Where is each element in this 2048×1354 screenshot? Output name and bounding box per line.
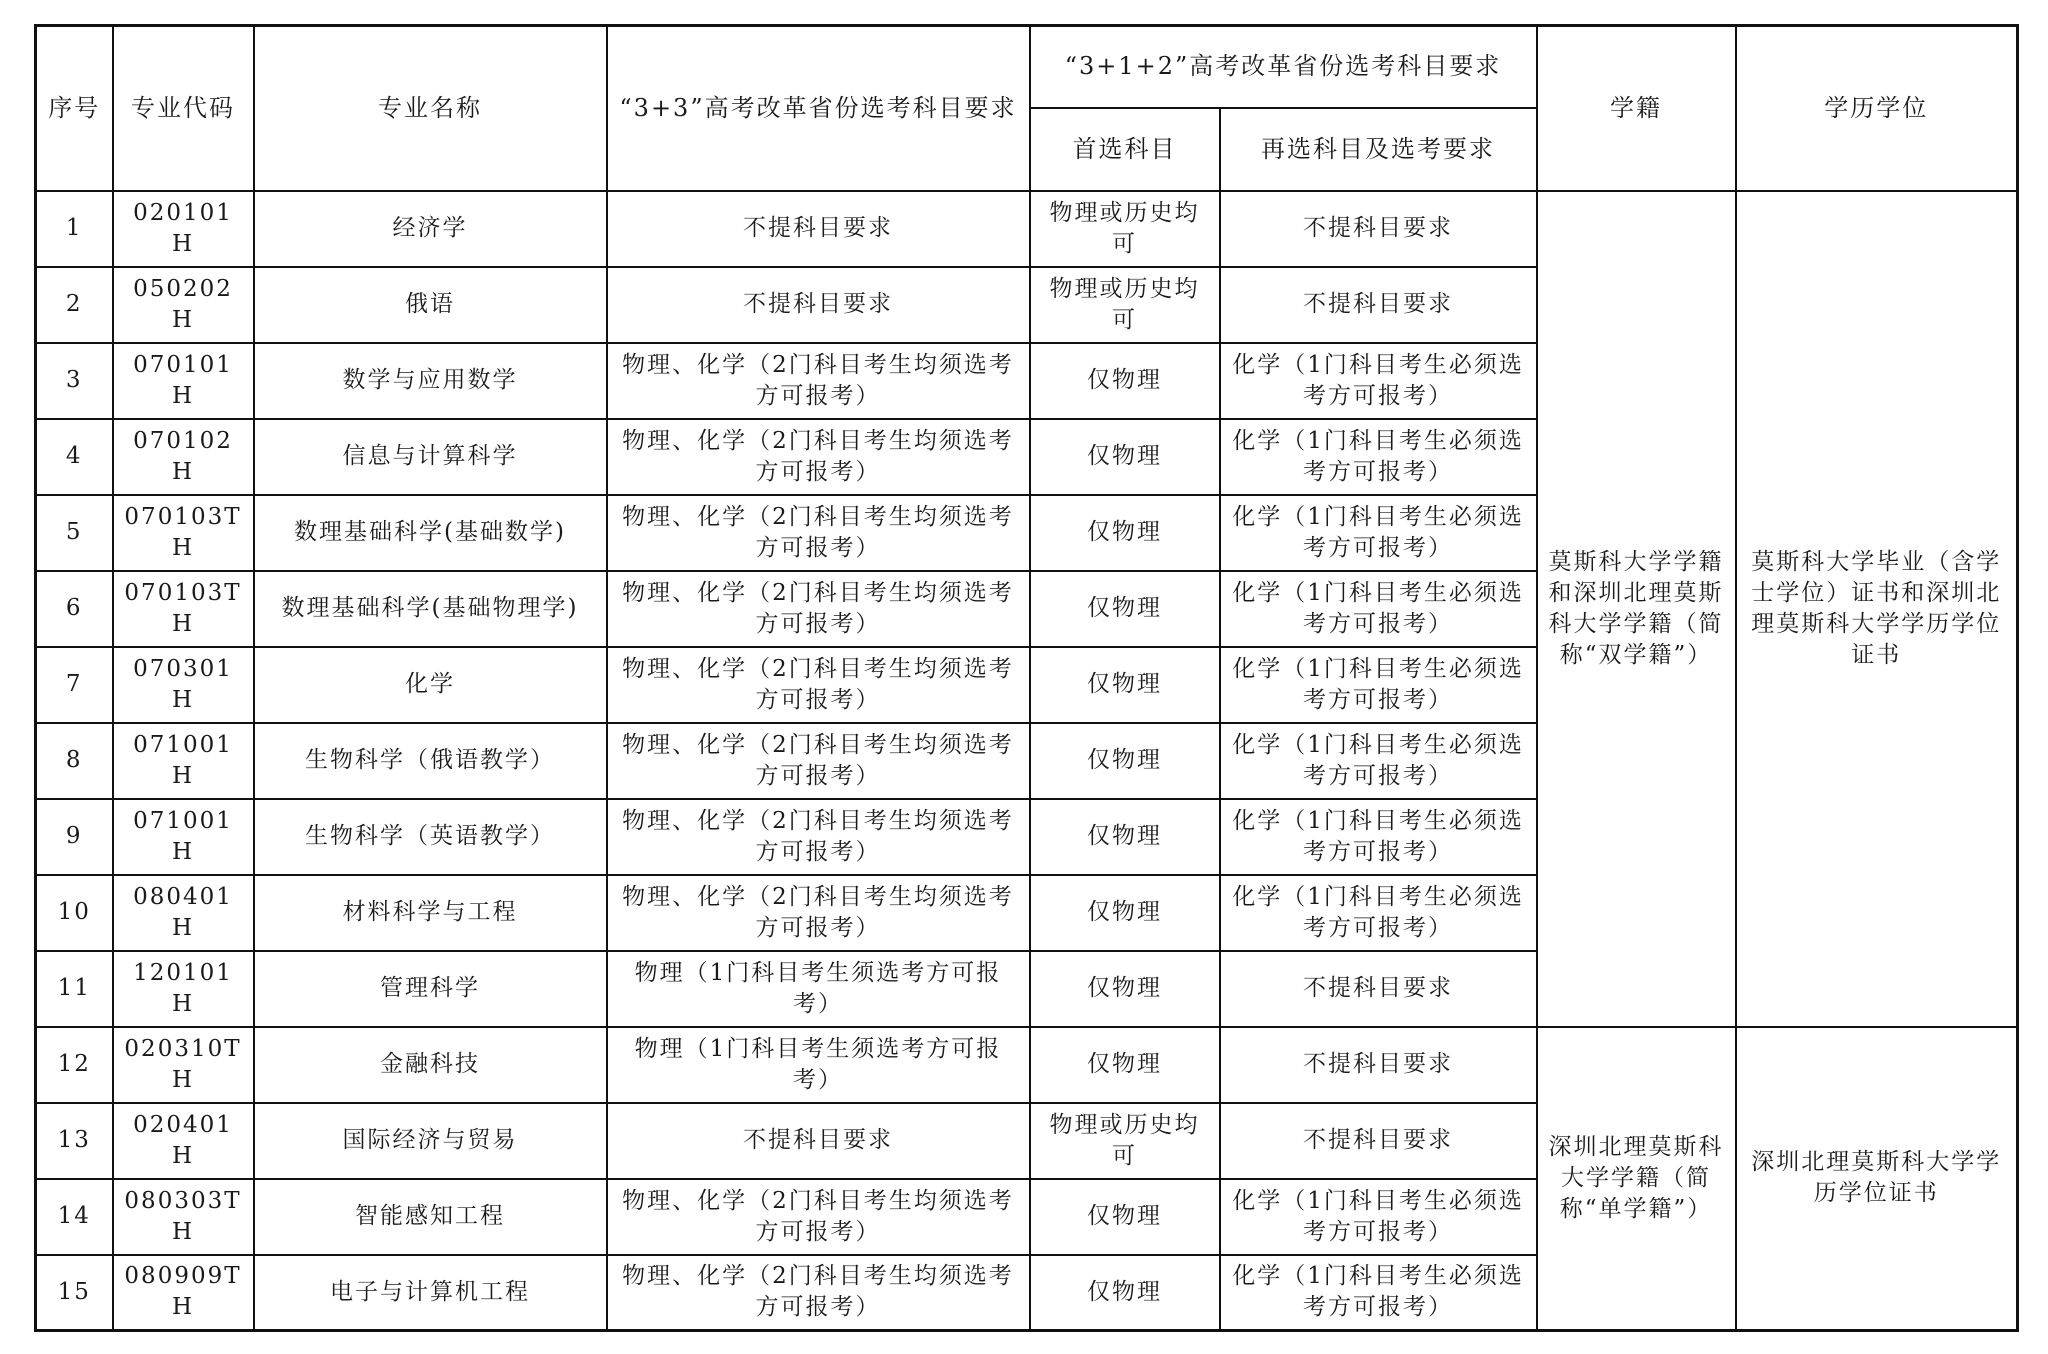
cell-req-3-3: 物理、化学（2门科目考生均须选考方可报考） xyxy=(607,419,1030,495)
cell-seq: 5 xyxy=(36,495,113,571)
cell-req-3-3: 物理、化学（2门科目考生均须选考方可报考） xyxy=(607,1255,1030,1331)
cell-code: 071001H xyxy=(113,799,254,875)
table-row: 12020310TH金融科技物理（1门科目考生须选考方可报考）仅物理不提科目要求… xyxy=(36,1027,2018,1103)
header-enrollment-status: 学籍 xyxy=(1537,26,1736,191)
cell-req-3-3: 物理、化学（2门科目考生均须选考方可报考） xyxy=(607,723,1030,799)
cell-seq: 2 xyxy=(36,267,113,343)
cell-second-choice: 不提科目要求 xyxy=(1220,191,1537,267)
cell-name: 国际经济与贸易 xyxy=(254,1103,607,1179)
cell-second-choice: 不提科目要求 xyxy=(1220,1103,1537,1179)
cell-seq: 7 xyxy=(36,647,113,723)
cell-code: 070103TH xyxy=(113,571,254,647)
cell-name: 数理基础科学(基础数学) xyxy=(254,495,607,571)
cell-degree: 深圳北理莫斯科大学学历学位证书 xyxy=(1736,1027,2018,1331)
cell-req-3-3: 物理、化学（2门科目考生均须选考方可报考） xyxy=(607,875,1030,951)
cell-code: 020401H xyxy=(113,1103,254,1179)
cell-first-choice: 仅物理 xyxy=(1030,951,1220,1027)
cell-seq: 1 xyxy=(36,191,113,267)
cell-seq: 11 xyxy=(36,951,113,1027)
cell-code: 070301H xyxy=(113,647,254,723)
cell-first-choice: 仅物理 xyxy=(1030,419,1220,495)
cell-second-choice: 化学（1门科目考生必须选考方可报考） xyxy=(1220,723,1537,799)
cell-code: 020310TH xyxy=(113,1027,254,1103)
cell-name: 智能感知工程 xyxy=(254,1179,607,1255)
cell-code: 050202H xyxy=(113,267,254,343)
cell-seq: 4 xyxy=(36,419,113,495)
cell-code: 080909TH xyxy=(113,1255,254,1331)
cell-seq: 8 xyxy=(36,723,113,799)
cell-enrollment-status: 莫斯科大学学籍和深圳北理莫斯科大学学籍（简称“双学籍”） xyxy=(1537,191,1736,1027)
cell-req-3-3: 物理、化学（2门科目考生均须选考方可报考） xyxy=(607,1179,1030,1255)
cell-seq: 13 xyxy=(36,1103,113,1179)
cell-second-choice: 化学（1门科目考生必须选考方可报考） xyxy=(1220,571,1537,647)
cell-first-choice: 仅物理 xyxy=(1030,343,1220,419)
cell-first-choice: 仅物理 xyxy=(1030,723,1220,799)
cell-name: 金融科技 xyxy=(254,1027,607,1103)
cell-req-3-3: 物理（1门科目考生须选考方可报考） xyxy=(607,1027,1030,1103)
cell-req-3-3: 不提科目要求 xyxy=(607,191,1030,267)
cell-second-choice: 化学（1门科目考生必须选考方可报考） xyxy=(1220,875,1537,951)
cell-req-3-3: 物理、化学（2门科目考生均须选考方可报考） xyxy=(607,799,1030,875)
header-req-3-1-2: “3+1+2”高考改革省份选考科目要求 xyxy=(1030,26,1537,108)
cell-code: 071001H xyxy=(113,723,254,799)
cell-code: 120101H xyxy=(113,951,254,1027)
cell-first-choice: 仅物理 xyxy=(1030,495,1220,571)
cell-req-3-3: 物理、化学（2门科目考生均须选考方可报考） xyxy=(607,571,1030,647)
cell-name: 经济学 xyxy=(254,191,607,267)
header-degree: 学历学位 xyxy=(1736,26,2018,191)
cell-first-choice: 仅物理 xyxy=(1030,799,1220,875)
cell-req-3-3: 物理（1门科目考生须选考方可报考） xyxy=(607,951,1030,1027)
cell-name: 生物科学（英语教学） xyxy=(254,799,607,875)
header-name: 专业名称 xyxy=(254,26,607,191)
header-second-choice: 再选科目及选考要求 xyxy=(1220,108,1537,191)
cell-code: 080401H xyxy=(113,875,254,951)
cell-first-choice: 仅物理 xyxy=(1030,647,1220,723)
cell-name: 信息与计算科学 xyxy=(254,419,607,495)
cell-name: 化学 xyxy=(254,647,607,723)
header-req-3-3: “3+3”高考改革省份选考科目要求 xyxy=(607,26,1030,191)
cell-req-3-3: 物理、化学（2门科目考生均须选考方可报考） xyxy=(607,495,1030,571)
cell-degree: 莫斯科大学毕业（含学士学位）证书和深圳北理莫斯科大学学历学位证书 xyxy=(1736,191,2018,1027)
cell-req-3-3: 物理、化学（2门科目考生均须选考方可报考） xyxy=(607,343,1030,419)
cell-name: 数学与应用数学 xyxy=(254,343,607,419)
cell-first-choice: 物理或历史均可 xyxy=(1030,191,1220,267)
cell-second-choice: 不提科目要求 xyxy=(1220,951,1537,1027)
cell-second-choice: 化学（1门科目考生必须选考方可报考） xyxy=(1220,799,1537,875)
cell-first-choice: 物理或历史均可 xyxy=(1030,267,1220,343)
cell-name: 数理基础科学(基础物理学) xyxy=(254,571,607,647)
cell-code: 070103TH xyxy=(113,495,254,571)
header-first-choice: 首选科目 xyxy=(1030,108,1220,191)
cell-second-choice: 化学（1门科目考生必须选考方可报考） xyxy=(1220,419,1537,495)
cell-first-choice: 仅物理 xyxy=(1030,1179,1220,1255)
cell-req-3-3: 不提科目要求 xyxy=(607,1103,1030,1179)
cell-seq: 14 xyxy=(36,1179,113,1255)
cell-second-choice: 化学（1门科目考生必须选考方可报考） xyxy=(1220,343,1537,419)
cell-enrollment-status: 深圳北理莫斯科大学学籍（简称“单学籍”） xyxy=(1537,1027,1736,1331)
cell-second-choice: 化学（1门科目考生必须选考方可报考） xyxy=(1220,647,1537,723)
cell-code: 070101H xyxy=(113,343,254,419)
table-row: 1020101H经济学不提科目要求物理或历史均可不提科目要求莫斯科大学学籍和深圳… xyxy=(36,191,2018,267)
cell-first-choice: 物理或历史均可 xyxy=(1030,1103,1220,1179)
cell-second-choice: 化学（1门科目考生必须选考方可报考） xyxy=(1220,495,1537,571)
cell-seq: 12 xyxy=(36,1027,113,1103)
cell-seq: 3 xyxy=(36,343,113,419)
cell-code: 070102H xyxy=(113,419,254,495)
cell-second-choice: 化学（1门科目考生必须选考方可报考） xyxy=(1220,1255,1537,1331)
table-body: 1020101H经济学不提科目要求物理或历史均可不提科目要求莫斯科大学学籍和深圳… xyxy=(36,191,2018,1331)
cell-seq: 15 xyxy=(36,1255,113,1331)
cell-name: 电子与计算机工程 xyxy=(254,1255,607,1331)
cell-second-choice: 化学（1门科目考生必须选考方可报考） xyxy=(1220,1179,1537,1255)
major-requirements-table: 序号 专业代码 专业名称 “3+3”高考改革省份选考科目要求 “3+1+2”高考… xyxy=(34,24,2019,1332)
cell-name: 生物科学（俄语教学） xyxy=(254,723,607,799)
cell-name: 材料科学与工程 xyxy=(254,875,607,951)
header-seq: 序号 xyxy=(36,26,113,191)
header-code: 专业代码 xyxy=(113,26,254,191)
cell-first-choice: 仅物理 xyxy=(1030,571,1220,647)
cell-seq: 10 xyxy=(36,875,113,951)
cell-req-3-3: 不提科目要求 xyxy=(607,267,1030,343)
cell-code: 020101H xyxy=(113,191,254,267)
cell-first-choice: 仅物理 xyxy=(1030,875,1220,951)
cell-first-choice: 仅物理 xyxy=(1030,1027,1220,1103)
cell-first-choice: 仅物理 xyxy=(1030,1255,1220,1331)
cell-code: 080303TH xyxy=(113,1179,254,1255)
cell-seq: 9 xyxy=(36,799,113,875)
cell-req-3-3: 物理、化学（2门科目考生均须选考方可报考） xyxy=(607,647,1030,723)
cell-seq: 6 xyxy=(36,571,113,647)
cell-name: 管理科学 xyxy=(254,951,607,1027)
cell-name: 俄语 xyxy=(254,267,607,343)
cell-second-choice: 不提科目要求 xyxy=(1220,267,1537,343)
cell-second-choice: 不提科目要求 xyxy=(1220,1027,1537,1103)
